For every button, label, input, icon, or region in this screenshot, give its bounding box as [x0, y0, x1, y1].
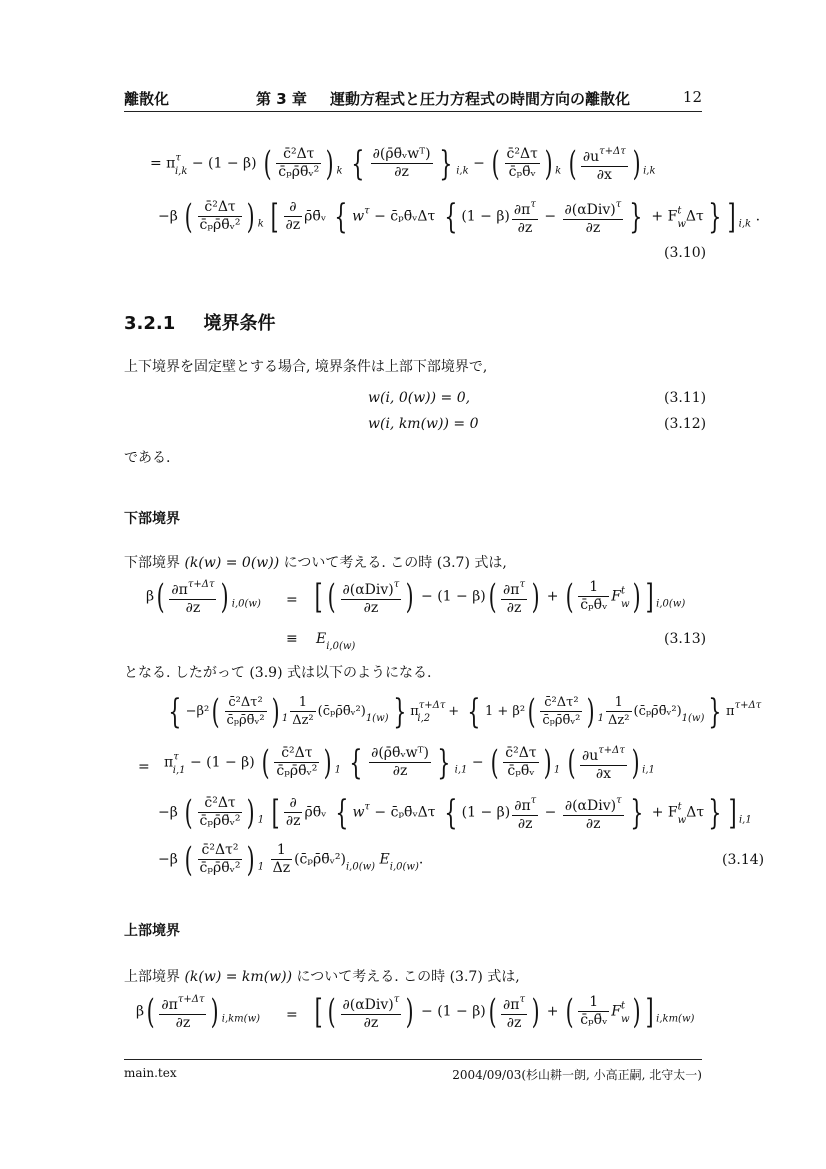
eq-sup: τ	[173, 752, 179, 763]
denominator: ∂z	[284, 813, 303, 830]
eq-text: −	[473, 156, 489, 172]
eq-sup: t	[621, 1001, 625, 1012]
paren-open: (	[185, 843, 193, 877]
eq-text: +	[448, 704, 463, 719]
eq-text: − c̄ₚθ̄ᵥΔτ	[370, 209, 436, 225]
brace-open: {	[351, 147, 364, 181]
fraction: ∂∂z	[284, 795, 303, 830]
denominator: c̄ₚθ̄ᵥ	[578, 597, 609, 614]
paren-open: (	[185, 200, 193, 234]
eq-sup: τ	[519, 994, 525, 1005]
eq-text: ∂u	[583, 149, 599, 165]
fraction: ∂πτ+Δτ∂z	[169, 576, 216, 617]
eq-sup: τ	[616, 199, 622, 210]
eq-text: + F	[651, 209, 677, 225]
fraction: ∂(αDiv)τ∂z	[341, 991, 402, 1032]
paren-close: )	[247, 200, 255, 234]
eq-text: (1 − β)	[461, 209, 510, 225]
eq-text: について考える. この時 (3.7) 式は,	[279, 555, 507, 571]
fraction: c̄²Δτc̄ₚρ̄θ̄ᵥ²	[198, 795, 243, 830]
brace-open: {	[350, 746, 363, 780]
denominator: ∂z	[501, 600, 527, 617]
eq-sub: 1	[598, 713, 604, 724]
eq-sub: 1(w)	[366, 713, 389, 724]
denominator: c̄ₚρ̄θ̄ᵥ²	[276, 164, 321, 181]
eq-text: − c̄ₚθ̄ᵥΔτ	[370, 805, 436, 821]
denominator: ∂z	[341, 1015, 402, 1032]
eq-text: π	[726, 704, 735, 719]
eq-text: ∂π	[514, 202, 530, 218]
section-heading: 3.2.1 境界条件	[124, 309, 276, 335]
eq-sub: 1	[554, 765, 560, 776]
equation-number-3-14: (3.14)	[722, 852, 764, 868]
eq-sub: w	[621, 1014, 630, 1025]
eq-text: F	[611, 589, 621, 605]
eq-text: c̄ₚρ̄θ̄ᵥ²	[639, 704, 677, 719]
eq-sub: i,k	[643, 166, 655, 177]
equation-3-12: w(i, km(w)) = 0	[368, 416, 479, 432]
brace-close: }	[393, 695, 406, 729]
numerator: ∂uτ+Δτ	[580, 742, 627, 766]
eq-text: Δτ	[686, 209, 704, 225]
eq-text: ρ̄θ̄ᵥ	[304, 805, 326, 821]
header-section-name: 離散化	[124, 88, 169, 109]
numerator: c̄²Δτ	[276, 146, 321, 164]
header-rule	[124, 111, 702, 112]
denominator: ∂z	[563, 816, 624, 833]
section-title: 境界条件	[204, 313, 276, 334]
denominator: ∂z	[371, 164, 433, 181]
equation-3-10-line-2: −β (c̄²Δτc̄ₚρ̄θ̄ᵥ²)k [∂∂zρ̄θ̄ᵥ {wτ − c̄ₚ…	[158, 196, 760, 237]
inline-math: (k(w) = km(w))	[184, 969, 292, 985]
eq-text: .	[756, 209, 760, 225]
paren-open: (	[488, 995, 496, 1029]
eq-text: .	[419, 852, 423, 868]
brace-open: {	[168, 695, 181, 729]
eq-sub: i,0(w)	[656, 599, 685, 610]
eq-text: E	[316, 631, 326, 647]
numerator: c̄²Δτ	[198, 199, 243, 217]
paren-open: (	[185, 796, 193, 830]
eq-text: c̄ₚρ̄θ̄ᵥ²	[300, 852, 341, 868]
paren-close: )	[587, 695, 595, 729]
equation-3-14-line-3: −β (c̄²Δτc̄ₚρ̄θ̄ᵥ²)1 [∂∂zρ̄θ̄ᵥ {wτ − c̄ₚ…	[158, 792, 752, 833]
eq-sub: i,0(w)	[232, 599, 261, 610]
paren-open: (	[328, 580, 336, 614]
equation-3-13-rel2: ≡	[286, 631, 298, 647]
paren-open: (	[264, 147, 272, 181]
eq-text: − (1 − β)	[192, 156, 257, 172]
fraction: 1Δz²	[606, 694, 631, 729]
eq-sup: τ+Δτ	[599, 146, 626, 157]
eq-sup: t	[677, 206, 681, 217]
eq-sub: 1	[282, 713, 288, 724]
fraction: 1Δz	[271, 842, 293, 877]
brace-open: {	[444, 200, 457, 234]
paren-close: )	[632, 746, 640, 780]
denominator: c̄ₚρ̄θ̄ᵥ²	[198, 813, 243, 830]
fraction: c̄²Δτ²c̄ₚρ̄θ̄ᵥ²	[198, 842, 243, 877]
fraction: ∂(ρ̄θ̄ᵥwᵀ)∂z	[371, 146, 433, 181]
numerator: ∂πτ	[501, 991, 527, 1015]
eq-text: w	[352, 209, 364, 225]
paren-close: )	[247, 796, 255, 830]
paren-close: )	[406, 580, 414, 614]
fraction: ∂πτ∂z	[512, 792, 538, 833]
denominator: c̄ₚθ̄ᵥ	[503, 763, 538, 780]
eq-text: ∂π	[503, 997, 519, 1013]
eq-sub: i,k	[175, 166, 187, 177]
eq-text: −β	[158, 805, 178, 821]
lower-boundary-intro: 下部境界 (k(w) = 0(w)) について考える. この時 (3.7) 式は…	[124, 552, 507, 572]
upper-eq-lhs: β(∂πτ+Δτ∂z)i,km(w)	[136, 991, 260, 1032]
eq-sup: t	[621, 586, 625, 597]
brace-close: }	[709, 695, 722, 729]
eq-sub: i,0(w)	[390, 862, 419, 873]
eq-sub: i,0(w)	[326, 641, 355, 652]
fraction: c̄²Δτc̄ₚρ̄θ̄ᵥ²	[276, 146, 321, 181]
fraction: ∂uτ+Δτ∂x	[581, 143, 628, 184]
eq-text: ∂(αDiv)	[565, 202, 616, 218]
denominator: Δz²	[606, 712, 631, 729]
denominator: c̄ₚθ̄ᵥ	[578, 1012, 609, 1029]
eq-sub: k	[555, 166, 561, 177]
numerator: ∂πτ	[512, 792, 538, 816]
inline-math: (k(w) = 0(w))	[184, 555, 279, 571]
brace-close: }	[439, 147, 452, 181]
eq-sup: τ	[530, 199, 536, 210]
bracket-open: [	[315, 580, 323, 614]
paren-open: (	[328, 995, 336, 1029]
intro-paragraph: 上下境界を固定壁とする場合, 境界条件は上部下部境界で,	[124, 356, 487, 376]
denominator: c̄ₚρ̄θ̄ᵥ²	[274, 763, 319, 780]
eq-sub: w	[677, 219, 686, 230]
denominator: c̄ₚρ̄θ̄ᵥ²	[540, 712, 582, 729]
bracket-open: [	[271, 200, 279, 234]
eq-sub: i,k	[739, 219, 751, 230]
eq-text: π	[164, 755, 173, 771]
brace-close: }	[630, 200, 643, 234]
equation-3-14-line-1: {−β²(c̄²Δτ²c̄ₚρ̄θ̄ᵥ²)11Δz²(c̄ₚρ̄θ̄ᵥ²)1(w…	[164, 694, 761, 729]
fraction: ∂∂z	[284, 199, 303, 234]
denominator: ∂z	[341, 600, 402, 617]
fraction: ∂uτ+Δτ∂x	[580, 742, 627, 783]
eq-sub: w	[621, 599, 630, 610]
denominator: ∂x	[581, 167, 628, 184]
eq-sub: k	[337, 166, 343, 177]
equation-3-13-lhs: β(∂πτ+Δτ∂z)i,0(w)	[146, 576, 261, 617]
eq-text: −β	[158, 852, 178, 868]
eq-sub: i,1	[455, 765, 468, 776]
bracket-open: [	[271, 796, 279, 830]
paren-open: (	[157, 580, 165, 614]
paren-open: (	[567, 746, 575, 780]
numerator: c̄²Δτ²	[225, 694, 267, 712]
eq-text: + F	[652, 805, 678, 821]
eq-text: +	[542, 589, 563, 605]
eq-sup: τ+Δτ	[735, 700, 762, 711]
brace-open: {	[468, 695, 481, 729]
eq-text: −β²	[186, 704, 210, 719]
header-chapter: 第 3 章	[256, 88, 307, 109]
paren-open: (	[212, 695, 220, 729]
upper-eq-rhs: [(∂(αDiv)τ∂z) − (1 − β)(∂πτ∂z) + (1c̄ₚθ̄…	[312, 991, 694, 1032]
paren-open: (	[488, 580, 496, 614]
denominator: ∂z	[169, 600, 216, 617]
eq-sub: i,km(w)	[656, 1014, 694, 1025]
fraction: c̄²Δτ²c̄ₚρ̄θ̄ᵥ²	[225, 694, 267, 729]
eq-text: ∂u	[582, 748, 598, 764]
equation-number-3-12: (3.12)	[664, 416, 706, 432]
denominator: ∂z	[284, 217, 303, 234]
eq-sup: t	[678, 802, 682, 813]
paren-close: )	[532, 580, 540, 614]
paren-close: )	[324, 746, 332, 780]
fraction: ∂πτ∂z	[512, 196, 538, 237]
fraction: c̄²Δτc̄ₚρ̄θ̄ᵥ²	[198, 199, 243, 234]
upper-eq-rel: =	[286, 1007, 298, 1023]
denominator: c̄ₚρ̄θ̄ᵥ²	[225, 712, 267, 729]
paren-close: )	[632, 995, 640, 1029]
eq-text: ρ̄θ̄ᵥ	[304, 209, 326, 225]
lower-boundary-heading: 下部境界	[124, 508, 180, 528]
eq-text: +	[542, 1004, 563, 1020]
numerator: ∂(ρ̄θ̄ᵥwᵀ)	[369, 745, 431, 763]
numerator: ∂πτ	[512, 196, 538, 220]
eq-text: 上部境界	[124, 969, 184, 985]
numerator: ∂(ρ̄θ̄ᵥwᵀ)	[371, 146, 433, 164]
paren-open: (	[566, 580, 574, 614]
paren-open: (	[147, 995, 155, 1029]
paren-close: )	[247, 843, 255, 877]
eq-text: − (1 − β)	[417, 1004, 486, 1020]
eq-sup: τ	[531, 795, 537, 806]
paren-close: )	[406, 995, 414, 1029]
fraction: c̄²Δτc̄ₚθ̄ᵥ	[505, 146, 540, 181]
numerator: 1	[290, 694, 315, 712]
denominator: c̄ₚρ̄θ̄ᵥ²	[198, 217, 243, 234]
denominator: ∂z	[501, 1015, 527, 1032]
header-page-number: 12	[683, 88, 702, 106]
numerator: 1	[606, 694, 631, 712]
denominator: c̄ₚθ̄ᵥ	[505, 164, 540, 181]
fraction: ∂πτ+Δτ∂z	[159, 991, 206, 1032]
eq-text: β	[136, 1004, 144, 1020]
numerator: ∂πτ	[501, 576, 527, 600]
header-chapter-title: 運動方程式と圧力方程式の時間方向の離散化	[330, 88, 630, 109]
numerator: c̄²Δτ	[198, 795, 243, 813]
brace-close: }	[708, 200, 721, 234]
paren-open: (	[262, 746, 270, 780]
numerator: ∂πτ+Δτ	[169, 576, 216, 600]
denominator: ∂z	[512, 220, 538, 237]
eq-text: − (1 − β)	[186, 755, 255, 771]
eq-text: (1 − β)	[462, 805, 511, 821]
eq-text: β	[146, 589, 154, 605]
brace-close: }	[437, 746, 450, 780]
denominator: ∂z	[563, 220, 624, 237]
upper-boundary-intro: 上部境界 (k(w) = km(w)) について考える. この時 (3.7) 式…	[124, 966, 520, 986]
numerator: ∂(αDiv)τ	[341, 576, 402, 600]
fraction: ∂πτ∂z	[501, 991, 527, 1032]
fraction: ∂πτ∂z	[501, 576, 527, 617]
eq-text: ∂(αDiv)	[343, 582, 394, 598]
after-paragraph: である.	[124, 447, 170, 467]
brace-open: {	[444, 796, 457, 830]
numerator: ∂(αDiv)τ	[563, 792, 624, 816]
eq-text: F	[611, 1004, 621, 1020]
bracket-open: [	[315, 995, 323, 1029]
numerator: ∂(αDiv)τ	[341, 991, 402, 1015]
footer-date-authors: 2004/09/03(杉山耕一朗, 小高正嗣, 北守太一)	[452, 1066, 702, 1083]
paren-open: (	[492, 147, 500, 181]
eq-text: ∂π	[514, 798, 530, 814]
numerator: c̄²Δτ	[505, 146, 540, 164]
numerator: 1	[271, 842, 293, 860]
fraction: c̄²Δτc̄ₚθ̄ᵥ	[503, 745, 538, 780]
eq-text: について考える. この時 (3.7) 式は,	[292, 969, 520, 985]
fraction: ∂(ρ̄θ̄ᵥwᵀ)∂z	[369, 745, 431, 780]
denominator: c̄ₚρ̄θ̄ᵥ²	[198, 860, 243, 877]
equation-3-13-rhs: [(∂(αDiv)τ∂z) − (1 − β)(∂πτ∂z) + (1c̄ₚθ̄…	[312, 576, 685, 617]
denominator: ∂x	[580, 766, 627, 783]
eq-sub: w	[678, 815, 687, 826]
eq-text: = π	[150, 156, 175, 172]
eq-sup: τ	[394, 994, 400, 1005]
eq-sub: 1(w)	[682, 713, 705, 724]
equation-3-13-rel1: =	[286, 592, 298, 608]
denominator: ∂z	[159, 1015, 206, 1032]
section-number: 3.2.1	[124, 313, 175, 334]
eq-sup: τ	[175, 153, 181, 164]
bracket-close: ]	[646, 580, 654, 614]
paren-close: )	[545, 147, 553, 181]
paren-close: )	[271, 695, 279, 729]
bracket-close: ]	[646, 995, 654, 1029]
numerator: 1	[578, 994, 609, 1012]
numerator: ∂uτ+Δτ	[581, 143, 628, 167]
eq-sub: 1	[335, 765, 341, 776]
paren-close: )	[211, 995, 219, 1029]
numerator: ∂πτ+Δτ	[159, 991, 206, 1015]
eq-sub: i,km(w)	[222, 1014, 260, 1025]
eq-text: ∂(αDiv)	[343, 997, 394, 1013]
upper-boundary-heading: 上部境界	[124, 920, 180, 940]
footer-filename: main.tex	[124, 1066, 177, 1080]
equation-3-13-E: Ei,0(w)	[316, 631, 355, 652]
numerator: c̄²Δτ	[274, 745, 319, 763]
paren-close: )	[632, 580, 640, 614]
equation-number-3-10: (3.10)	[664, 245, 706, 261]
brace-open: {	[335, 796, 348, 830]
equation-3-14-line-2: πτi,1 − (1 − β) (c̄²Δτc̄ₚρ̄θ̄ᵥ²)1 {∂(ρ̄θ…	[164, 742, 655, 783]
numerator: c̄²Δτ²	[198, 842, 243, 860]
numerator: ∂	[284, 795, 303, 813]
eq-sub: i,k	[456, 166, 468, 177]
numerator: ∂(αDiv)τ	[563, 196, 624, 220]
eq-sub: i,2	[417, 713, 430, 724]
paren-close: )	[632, 147, 640, 181]
denominator: Δz²	[290, 712, 315, 729]
equation-number-3-11: (3.11)	[664, 390, 706, 406]
denominator: ∂z	[369, 763, 431, 780]
brace-close: }	[708, 796, 721, 830]
eq-text: ∂(αDiv)	[565, 798, 616, 814]
eq-sup: τ	[394, 579, 400, 590]
denominator: ∂z	[512, 816, 538, 833]
eq-sub: i,1	[173, 765, 186, 776]
eq-sup: τ	[616, 795, 622, 806]
paren-open: (	[491, 746, 499, 780]
eq-text: E	[380, 852, 390, 868]
paren-open: (	[566, 995, 574, 1029]
bracket-close: ]	[728, 796, 736, 830]
fraction: c̄²Δτc̄ₚρ̄θ̄ᵥ²	[274, 745, 319, 780]
eq-text: 1 + β²	[485, 704, 525, 719]
brace-open: {	[335, 200, 348, 234]
eq-sup: τ+Δτ	[188, 579, 215, 590]
equation-3-14-eq-sign: =	[138, 759, 150, 775]
eq-sup: τ+Δτ	[419, 700, 446, 711]
running-header: 離散化 第 3 章 運動方程式と圧力方程式の時間方向の離散化 12	[124, 88, 702, 110]
eq-sup: τ+Δτ	[178, 994, 205, 1005]
eq-sub: i,1	[642, 765, 655, 776]
paren-open: (	[528, 695, 536, 729]
eq-sup: τ	[519, 579, 525, 590]
fraction: ∂(αDiv)τ∂z	[563, 792, 624, 833]
fraction: c̄²Δτ²c̄ₚρ̄θ̄ᵥ²	[540, 694, 582, 729]
fraction: ∂(αDiv)τ∂z	[563, 196, 624, 237]
eq-text: Δτ	[686, 805, 704, 821]
numerator: ∂	[284, 199, 303, 217]
eq-text: c̄ₚρ̄θ̄ᵥ²	[323, 704, 361, 719]
eq-sub: k	[258, 219, 264, 230]
denominator: Δz	[271, 860, 293, 877]
fraction: ∂(αDiv)τ∂z	[341, 576, 402, 617]
eq-sub: 1	[258, 862, 264, 873]
eq-text: ∂π	[171, 582, 187, 598]
eq-text: ∂π	[503, 582, 519, 598]
lower-boundary-after: となる. したがって (3.9) 式は以下のようになる.	[124, 662, 431, 682]
fraction: 1c̄ₚθ̄ᵥ	[578, 994, 609, 1029]
eq-sup: τ+Δτ	[598, 745, 625, 756]
paren-close: )	[532, 995, 540, 1029]
equation-number-3-13: (3.13)	[664, 631, 706, 647]
eq-text: 下部境界	[124, 555, 184, 571]
fraction: 1c̄ₚθ̄ᵥ	[578, 579, 609, 614]
eq-text: − (1 − β)	[417, 589, 486, 605]
eq-text: w	[352, 805, 364, 821]
paren-close: )	[221, 580, 229, 614]
eq-sub: i,1	[739, 815, 752, 826]
eq-text: −β	[158, 209, 178, 225]
brace-close: }	[630, 796, 643, 830]
paren-close: )	[543, 746, 551, 780]
fraction: 1Δz²	[290, 694, 315, 729]
numerator: c̄²Δτ²	[540, 694, 582, 712]
eq-sub: i,0(w)	[346, 862, 375, 873]
paren-close: )	[326, 147, 334, 181]
eq-text: ∂π	[161, 997, 177, 1013]
paren-open: (	[568, 147, 576, 181]
numerator: c̄²Δτ	[503, 745, 538, 763]
equation-3-11: w(i, 0(w)) = 0,	[368, 390, 470, 406]
eq-sub: 1	[258, 815, 264, 826]
equation-3-14-line-4: −β (c̄²Δτ²c̄ₚρ̄θ̄ᵥ²)1 1Δz(c̄ₚρ̄θ̄ᵥ²)i,0(…	[158, 842, 423, 877]
numerator: 1	[578, 579, 609, 597]
equation-3-10-line-1: = πτi,k − (1 − β) (c̄²Δτc̄ₚρ̄θ̄ᵥ²)k {∂(ρ…	[150, 143, 656, 184]
bracket-close: ]	[728, 200, 736, 234]
